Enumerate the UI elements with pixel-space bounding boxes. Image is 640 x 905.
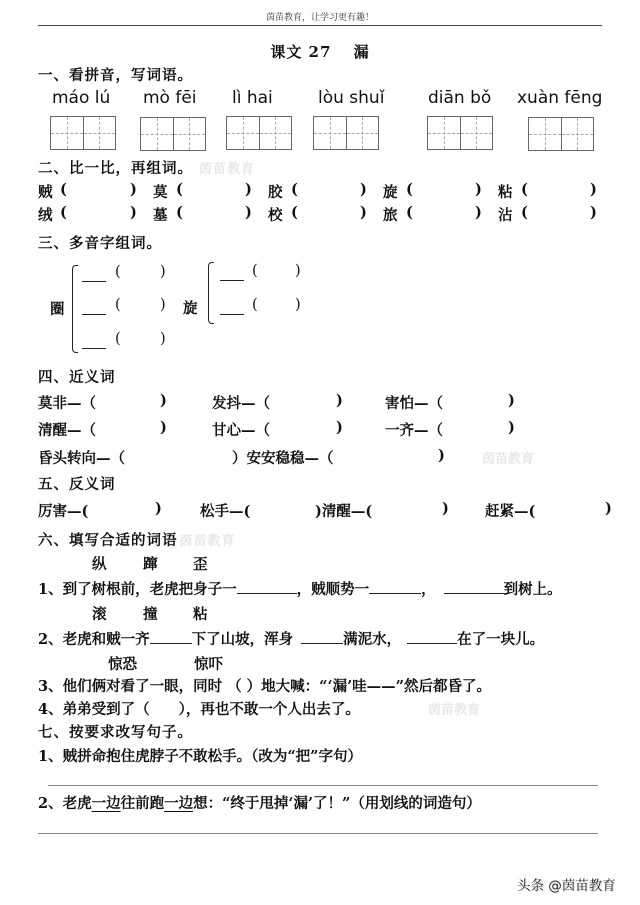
q2-text: 下了山坡，浑身	[192, 631, 294, 648]
paren-close: )	[475, 181, 482, 198]
paren-close: )	[508, 419, 515, 436]
q2-text: 2、老虎	[38, 795, 92, 812]
paren-open: (	[176, 204, 183, 221]
word-option: 歪	[193, 553, 208, 574]
synonym-item: 发抖—（	[212, 392, 270, 413]
header-divider	[38, 25, 602, 26]
blank-line	[82, 281, 106, 282]
writing-grid-1[interactable]	[50, 116, 116, 150]
paren-close: )	[155, 500, 162, 517]
paren-close: )	[605, 500, 612, 517]
pinyin-5: diān bǒ	[428, 88, 491, 108]
section5-heading: 五、反义词	[38, 473, 116, 494]
paren-open: (	[115, 264, 121, 280]
compare-char: 莫	[153, 181, 168, 202]
word-option: 粘	[193, 603, 208, 624]
paren-open: (	[406, 204, 413, 221]
synonym-item: 清醒—（	[38, 419, 96, 440]
section4-heading: 四、近义词	[38, 366, 116, 387]
compare-char: 墓	[153, 204, 168, 225]
paren-open: (	[291, 181, 298, 198]
paren-close: )	[160, 419, 167, 436]
pinyin-4: lòu shuǐ	[318, 88, 384, 108]
pinyin-6: xuàn fēng	[517, 88, 602, 108]
brace-1	[72, 265, 78, 353]
fill-blank[interactable]	[150, 630, 192, 644]
paren-close: )	[360, 204, 367, 221]
word-option: 撞	[143, 603, 158, 624]
pinyin-1: máo lú	[52, 88, 110, 108]
q1-text: ，	[421, 581, 436, 598]
word-option: 纵	[92, 553, 107, 574]
section2-heading-text: 二、比一比，再组词。	[38, 160, 193, 177]
underlined-word: 一边	[92, 795, 121, 812]
word-option: 滚	[92, 603, 107, 624]
writing-grid-5[interactable]	[427, 116, 493, 150]
paren-open: (	[115, 331, 121, 347]
paren-close: )	[590, 204, 597, 221]
section3-heading: 三、多音字组词。	[38, 232, 162, 253]
q1-text: 1、到了树根前，老虎把身子一	[38, 581, 237, 598]
synonym-item: 甘心—（	[212, 419, 270, 440]
paren-close: )	[160, 297, 166, 313]
word-option: 惊恐	[108, 653, 137, 674]
paren-close: )	[438, 447, 445, 464]
compare-char: 校	[268, 204, 283, 225]
polyphone-char-2: 旋	[183, 297, 198, 318]
fill-question-3: 3、他们俩对看了一眼，同时 （ ）地大喊：“‘漏’哇——”然后都昏了。	[38, 675, 491, 696]
compare-char: 绒	[38, 204, 53, 225]
footer-watermark: 头条 @茵苗教育	[517, 874, 616, 894]
compare-char: 胶	[268, 181, 283, 202]
antonym-item: 厉害—(	[38, 500, 88, 521]
paren-close: )	[160, 264, 166, 280]
paren-open: (	[60, 204, 67, 221]
watermark: 茵苗教育	[180, 534, 236, 549]
underlined-word: 一边	[164, 795, 193, 812]
paren-close: )	[245, 181, 252, 198]
antonym-item: 赶紧—(	[485, 500, 535, 521]
paren-open: (	[521, 204, 528, 221]
section6-heading: 六、填写合适的词语茵苗教育	[38, 529, 236, 550]
writing-grid-4[interactable]	[313, 116, 379, 150]
paren-close: )	[360, 181, 367, 198]
paren-close: )	[130, 181, 137, 198]
antonym-item: 松手—(	[200, 500, 250, 521]
antonym-item: )清醒—(	[315, 500, 372, 521]
fill-blank[interactable]	[407, 630, 457, 644]
synonym-item: ）安安稳稳—（	[232, 447, 334, 468]
blank-line	[220, 314, 244, 315]
fill-question-1: 1、到了树根前，老虎把身子一，贼顺势一，到树上。	[38, 578, 562, 599]
paren-close: )	[475, 204, 482, 221]
section1-heading: 一、看拼音，写词语。	[38, 64, 193, 85]
paren-open: (	[176, 181, 183, 198]
pinyin-3: lì hai	[232, 88, 273, 108]
synonym-item: 一齐—（	[385, 419, 443, 440]
watermark: 茵苗教育	[428, 699, 480, 718]
blank-line	[82, 348, 106, 349]
paren-close: )	[508, 392, 515, 409]
paren-close: )	[160, 331, 166, 347]
paren-open: (	[60, 181, 67, 198]
paren-close: )	[590, 181, 597, 198]
compare-char: 旅	[383, 204, 398, 225]
q1-text: ，贼顺势一	[297, 581, 370, 598]
paren-open: (	[115, 297, 121, 313]
paren-open: (	[406, 181, 413, 198]
q2-text: 满泥水，	[343, 631, 401, 648]
rewrite-question-1: 1、贼拼命抱住虎脖子不敢松手。（改为“把”字句）	[38, 745, 362, 766]
writing-grid-6[interactable]	[528, 117, 594, 151]
header-note: 茵苗教育，让学习更有趣！	[0, 10, 640, 23]
fill-blank[interactable]	[369, 580, 421, 594]
compare-char: 贼	[38, 181, 53, 202]
paren-close: )	[295, 297, 301, 313]
paren-open: (	[252, 263, 258, 279]
fill-blank[interactable]	[301, 630, 343, 644]
q2-text: 想：“终于甩掉‘漏’了！”（用划线的词造句）	[193, 795, 481, 812]
brace-2	[208, 262, 214, 324]
fill-blank[interactable]	[237, 580, 297, 594]
paren-close: )	[245, 204, 252, 221]
section7-heading: 七、按要求改写句子。	[38, 721, 193, 742]
paren-open: (	[291, 204, 298, 221]
fill-question-2: 2、老虎和贼一齐下了山坡，浑身满泥水，在了一块儿。	[38, 628, 544, 649]
paren-open: (	[252, 297, 258, 313]
synonym-item: 害怕—（	[385, 392, 443, 413]
synonym-item: 昏头转向—（	[38, 447, 125, 468]
paren-close: )	[442, 500, 449, 517]
paren-close: )	[336, 392, 343, 409]
section2-heading: 二、比一比，再组词。茵苗教育	[38, 157, 255, 178]
blank-line	[220, 280, 244, 281]
compare-char: 旋	[383, 181, 398, 202]
fill-blank[interactable]	[444, 580, 504, 594]
fill-question-4: 4、弟弟受到了（ ），再也不敢一个人出去了。	[38, 698, 360, 719]
q2-text: 往前跑	[121, 795, 165, 812]
paren-open: (	[521, 181, 528, 198]
writing-grid-3[interactable]	[226, 116, 292, 150]
watermark: 茵苗教育	[199, 162, 255, 177]
word-option: 蹿	[143, 553, 158, 574]
blank-line	[82, 314, 106, 315]
answer-line-2[interactable]	[38, 833, 598, 834]
q1-text: 到树上。	[504, 581, 562, 598]
paren-close: )	[160, 392, 167, 409]
watermark: 茵苗教育	[482, 448, 534, 467]
rewrite-question-2: 2、老虎一边往前跑一边想：“终于甩掉‘漏’了！”（用划线的词造句）	[38, 792, 481, 813]
q2-text: 在了一块儿。	[457, 631, 544, 648]
paren-close: )	[295, 263, 301, 279]
writing-grid-2[interactable]	[140, 117, 206, 151]
page-title: 课文 27 漏	[0, 41, 640, 62]
synonym-item: 莫非—（	[38, 392, 96, 413]
paren-close: )	[130, 204, 137, 221]
polyphone-char-1: 圈	[50, 298, 65, 319]
compare-char: 沾	[498, 204, 513, 225]
pinyin-2: mò fēi	[143, 88, 197, 108]
q2-text: 2、老虎和贼一齐	[38, 631, 150, 648]
compare-char: 粘	[498, 181, 513, 202]
section6-heading-text: 六、填写合适的词语	[38, 532, 178, 549]
answer-line-1[interactable]	[48, 785, 598, 786]
word-option: 惊吓	[194, 653, 223, 674]
paren-close: )	[336, 419, 343, 436]
